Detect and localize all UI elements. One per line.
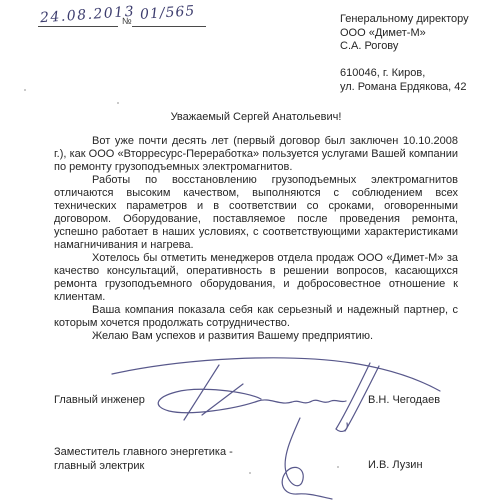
signer2-title-line2: главный электрик bbox=[54, 460, 233, 474]
paragraph-1: Вот уже почти десять лет (первый договор… bbox=[54, 135, 458, 174]
recipient-postcode-city: 610046, г. Киров, bbox=[340, 67, 469, 81]
date-underline bbox=[38, 26, 118, 27]
number-sign: № bbox=[122, 16, 132, 26]
recipient-company: ООО «Димет-М» bbox=[340, 27, 469, 41]
recipient-gap bbox=[340, 54, 469, 68]
paragraph-4: Ваша компания показала себя как серьезны… bbox=[54, 304, 458, 330]
recipient-name: С.А. Рогову bbox=[340, 40, 469, 54]
paragraph-5: Желаю Вам успехов и развития Вашему пред… bbox=[54, 330, 458, 343]
recipient-block: Генеральному директору ООО «Димет-М» С.А… bbox=[340, 13, 469, 94]
handwritten-number: 01/565 bbox=[140, 3, 196, 23]
salutation: Уважаемый Сергей Анатольевич! bbox=[54, 111, 458, 123]
signer2-name: И.В. Лузин bbox=[368, 459, 423, 471]
recipient-position: Генеральному директору bbox=[340, 13, 469, 27]
recipient-street: ул. Романа Ердякова, 42 bbox=[340, 81, 469, 95]
signer1-name: В.Н. Чегодаев bbox=[368, 394, 440, 406]
luzin-signature bbox=[282, 418, 332, 499]
paragraph-3: Хотелось бы отметить менеджеров отдела п… bbox=[54, 252, 458, 304]
letter-body: Вот уже почти десять лет (первый договор… bbox=[54, 135, 458, 343]
signer2-title: Заместитель главного энергетика - главны… bbox=[54, 446, 233, 473]
paragraph-2: Работы по восстановлению грузоподъемных … bbox=[54, 174, 458, 252]
number-underline bbox=[132, 26, 206, 27]
registration-stamp: 24.08.2013 № 01/565 bbox=[38, 6, 218, 38]
signer1-title: Главный инженер bbox=[54, 394, 145, 406]
signer2-title-line1: Заместитель главного энергетика - bbox=[54, 446, 233, 460]
letter-document: 24.08.2013 № 01/565 Генеральному директо… bbox=[0, 0, 500, 500]
